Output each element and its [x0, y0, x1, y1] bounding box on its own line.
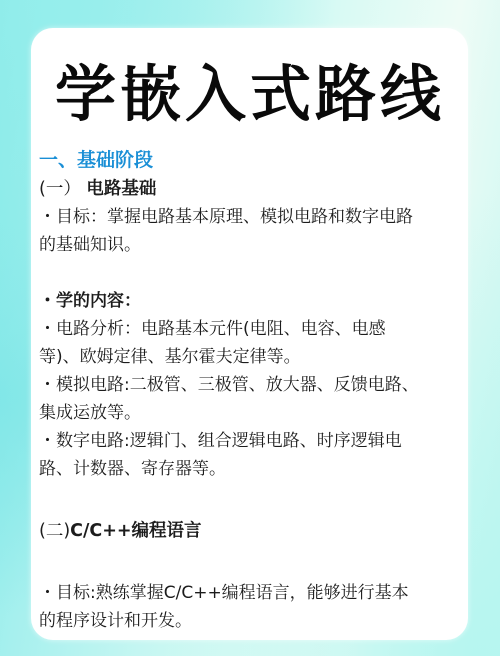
stage-heading: 一、基础阶段: [39, 145, 459, 175]
goal-line: ・目标:熟练掌握C/C++编程语言，能够进行基本: [39, 579, 459, 607]
section-name: C/C++编程语言: [70, 521, 201, 541]
goal-line: ・目标：掌握电路基本原理、模拟电路和数字电路: [39, 203, 459, 231]
goal-line: 的基础知识。: [39, 231, 459, 259]
section-name: 电路基础: [86, 179, 156, 199]
section-heading-programming: (二)C/C++编程语言: [39, 517, 459, 545]
spacer: [39, 259, 459, 287]
goal-line: 的程序设计和开发。: [39, 607, 459, 635]
list-item-line: ・电路分析：电路基本元件(电阻、电容、电感: [39, 315, 459, 343]
spacer: [39, 545, 459, 579]
section-prefix: (二): [39, 521, 70, 541]
content-label: ・学的内容：: [39, 287, 459, 315]
list-item-line: ・数字电路:逻辑门、组合逻辑电路、时序逻辑电: [39, 427, 459, 455]
spacer: [39, 483, 459, 517]
section-heading-circuits: (一） 电路基础: [39, 175, 459, 203]
list-item-line: 等)、欧姆定律、基尔霍夫定律等。: [39, 343, 459, 371]
list-item-line: ・模拟电路:二极管、三极管、放大器、反馈电路、: [39, 371, 459, 399]
list-item-line: 路、计数器、寄存器等。: [39, 455, 459, 483]
page-title: 学嵌入式路线: [0, 50, 500, 140]
article-body: 一、基础阶段 (一） 电路基础 ・目标：掌握电路基本原理、模拟电路和数字电路 的…: [39, 145, 459, 635]
section-prefix: (一）: [39, 179, 81, 199]
list-item-line: 集成运放等。: [39, 399, 459, 427]
